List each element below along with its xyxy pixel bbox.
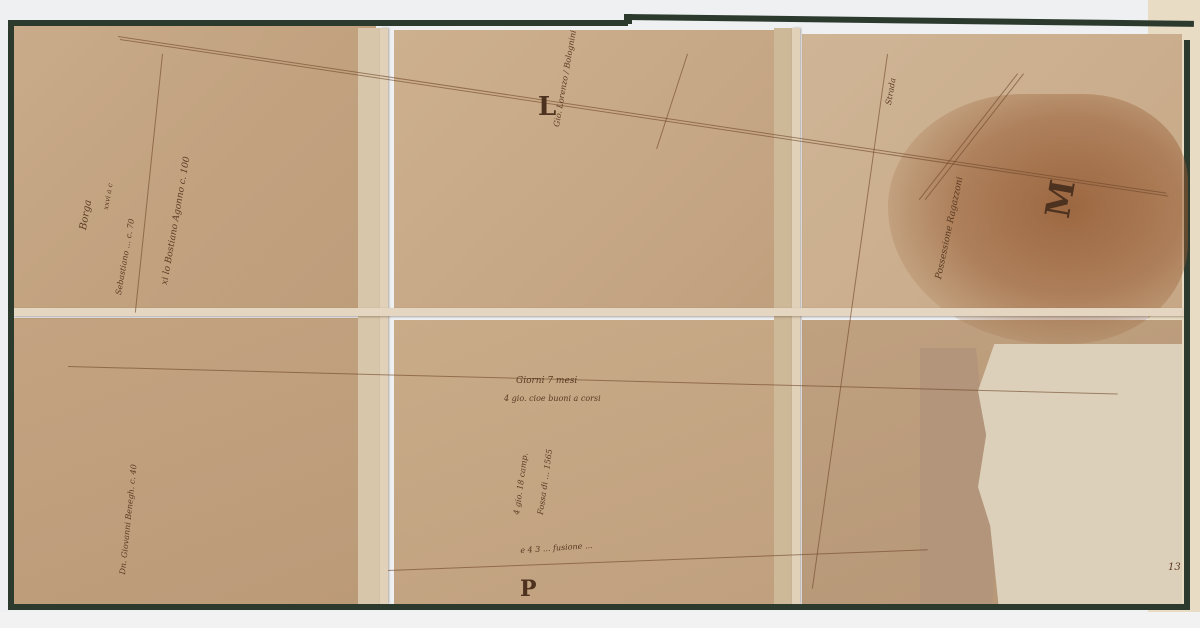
fold-vertical-left	[380, 28, 388, 604]
manuscript-map: L M P Borga xxvi a c Sebastiano ... c. 7…	[8, 14, 1194, 612]
binding-bottom	[8, 604, 1190, 610]
map-letter-P: P	[520, 576, 537, 602]
repair-patch	[978, 344, 1182, 604]
panel-top-middle	[394, 30, 786, 310]
map-letter-M: M	[1038, 177, 1084, 221]
scanner-backdrop-bottom	[0, 612, 1200, 628]
ledger-line: 4 gio. cioe buoni a corsi	[504, 394, 601, 403]
fold-vertical-right	[792, 28, 800, 604]
page-number: 13	[1168, 562, 1181, 573]
ledger-heading: Giorni 7 mesi	[516, 376, 577, 386]
fold-strip-left	[358, 28, 382, 604]
binding-right	[1184, 40, 1190, 606]
binding-top-right	[628, 14, 1194, 27]
fold-horizontal	[14, 308, 1184, 316]
panel-bottom-left	[14, 318, 376, 604]
